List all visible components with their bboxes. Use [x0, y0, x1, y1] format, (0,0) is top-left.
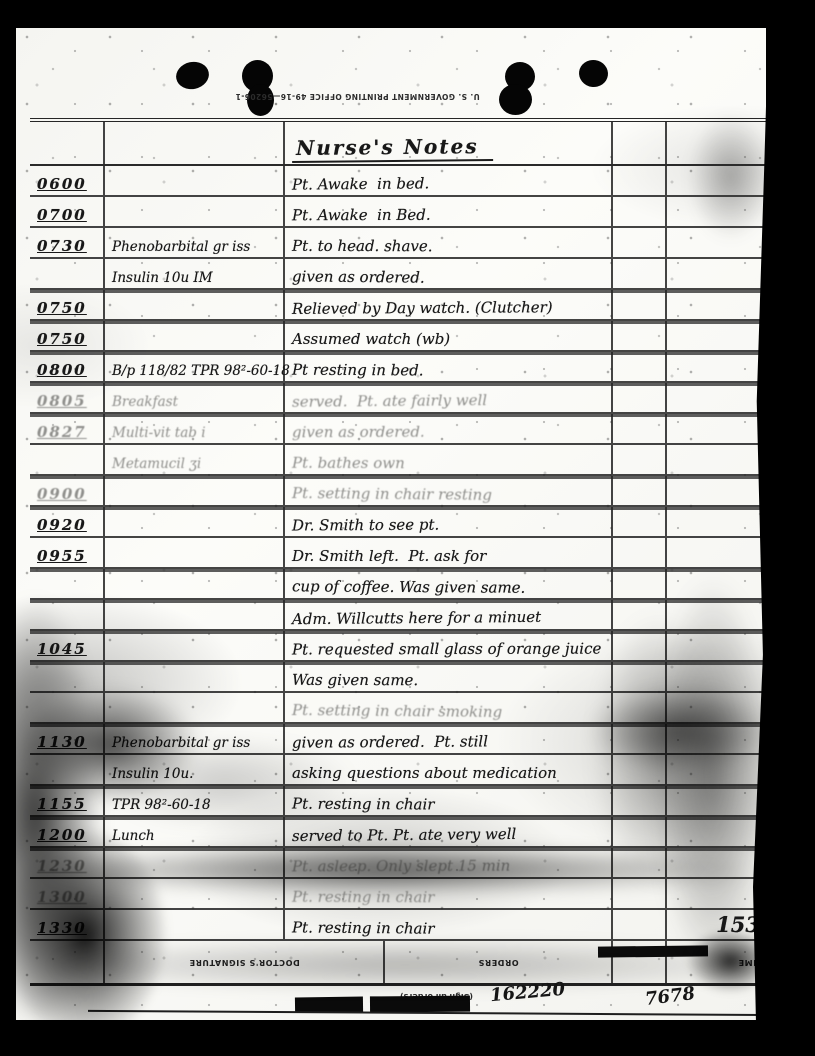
time-cell: 1200	[30, 817, 105, 846]
page-number-annotation: 153	[716, 912, 760, 937]
empty-cell	[613, 879, 667, 908]
table-row: 0920Dr. Smith to see pt.	[30, 507, 770, 538]
table-row: Insulin 10u IMgiven as ordered.	[30, 259, 770, 290]
time-cell	[30, 122, 105, 164]
note-cell: given as ordered.	[285, 259, 613, 288]
table-row: 0800B/p 118/82 TPR 98²-60-18Pt resting i…	[30, 352, 770, 383]
medication-cell: Insulin 10u.	[105, 755, 285, 784]
time-cell: 0805	[30, 383, 105, 412]
empty-cell	[667, 848, 768, 877]
note-cell: Pt. setting in chair resting	[285, 476, 613, 505]
note-cell: Pt. resting in chair	[285, 910, 613, 939]
empty-cell	[613, 724, 667, 753]
time-cell: 0750	[30, 290, 105, 319]
medication-cell	[105, 848, 285, 877]
time-cell: 0827	[30, 414, 105, 443]
medication-cell: Phenobarbital gr iss	[105, 228, 285, 257]
note-cell: Pt. to head. shave.	[285, 228, 613, 257]
empty-cell	[613, 631, 667, 660]
medication-cell	[105, 600, 285, 629]
empty-cell	[667, 693, 768, 722]
empty-cell	[613, 228, 667, 257]
note-cell: Pt. setting in chair smoking	[285, 693, 613, 722]
table-rows: 0600Pt. Awake in bed.0700Pt. Awake in Be…	[30, 166, 770, 941]
medication-cell	[105, 569, 285, 598]
empty-cell	[613, 662, 667, 691]
time-cell: 1155	[30, 786, 105, 815]
medication-cell	[105, 693, 285, 722]
time-cell	[30, 569, 105, 598]
medication-cell: Insulin 10u IM	[105, 259, 285, 288]
medication-cell	[105, 122, 285, 164]
empty-cell	[613, 569, 667, 598]
empty-cell	[667, 755, 768, 784]
empty-cell	[613, 321, 667, 350]
time-cell: 1230	[30, 848, 105, 877]
medication-cell	[105, 538, 285, 567]
empty-cell: 153	[667, 910, 768, 939]
empty-cell	[667, 290, 768, 319]
note-cell: cup of coffee. Was given same.	[285, 569, 613, 598]
time-cell: 0800	[30, 352, 105, 381]
handwritten-page-number: 7678	[644, 983, 696, 1010]
note-cell: Dr. Smith left. Pt. ask for	[285, 538, 613, 567]
empty-cell	[613, 538, 667, 567]
empty-cell	[667, 569, 768, 598]
table-row: 0730Phenobarbital gr issPt. to head. sha…	[30, 228, 770, 259]
empty-cell	[667, 445, 768, 474]
note-cell: Pt resting in bed.	[285, 352, 613, 381]
page-title: Nurse's Notes	[292, 134, 493, 163]
empty-cell	[613, 259, 667, 288]
empty-cell	[613, 122, 667, 164]
note-cell: given as ordered.	[285, 414, 613, 443]
medication-cell	[105, 166, 285, 195]
empty-cell	[613, 786, 667, 815]
note-cell: given as ordered. Pt. still	[285, 724, 613, 753]
medication-cell: Phenobarbital gr iss	[105, 724, 285, 753]
table-row: 1130Phenobarbital gr issgiven as ordered…	[30, 724, 770, 755]
time-cell	[30, 693, 105, 722]
note-cell: Dr. Smith to see pt.	[285, 507, 613, 536]
empty-cell	[667, 197, 768, 226]
empty-cell	[613, 848, 667, 877]
table-row: 0750Assumed watch (wb)	[30, 321, 770, 352]
empty-cell	[667, 538, 768, 567]
table-row: 0900Pt. setting in chair resting	[30, 476, 770, 507]
table-row: 1045Pt. requested small glass of orange …	[30, 631, 770, 662]
empty-cell	[613, 197, 667, 226]
empty-cell	[667, 786, 768, 815]
empty-cell	[667, 383, 768, 412]
time-cell	[30, 662, 105, 691]
redaction-bar	[295, 997, 363, 1013]
time-cell: 1130	[30, 724, 105, 753]
empty-cell	[667, 631, 768, 660]
medication-cell	[105, 476, 285, 505]
bottom-strip: (Sign all orders) 162220 7678	[30, 986, 770, 1016]
medication-cell	[105, 197, 285, 226]
empty-cell	[667, 166, 768, 195]
footer-cell: ORDERS	[385, 941, 613, 983]
footer-cell: DOCTOR'S SIGNATURE	[105, 941, 385, 983]
title-row: Nurse's Notes	[30, 118, 770, 166]
time-cell	[30, 755, 105, 784]
table-row: 1230Pt. asleep. Only slept 15 min	[30, 848, 770, 879]
empty-cell	[667, 817, 768, 846]
medication-cell: Metamucil ʒi	[105, 445, 285, 474]
empty-cell	[667, 507, 768, 536]
note-cell: Pt. Awake in bed.	[285, 166, 613, 195]
empty-cell	[667, 122, 768, 164]
note-cell: Pt. resting in chair	[285, 879, 613, 908]
empty-cell	[613, 352, 667, 381]
doctors-signature-label: DOCTOR'S SIGNATURE	[189, 958, 300, 967]
table-row: Adm. Willcutts here for a minuet	[30, 600, 770, 631]
note-cell: Adm. Willcutts here for a minuet	[285, 600, 613, 629]
medication-cell: B/p 118/82 TPR 98²-60-18	[105, 352, 285, 381]
nurses-notes-table: Nurse's Notes 0600Pt. Awake in bed.0700P…	[30, 118, 770, 986]
empty-cell	[613, 383, 667, 412]
table-row: 0827Multi-vit tab igiven as ordered.	[30, 414, 770, 445]
redaction-bar	[598, 945, 708, 957]
time-cell: 0955	[30, 538, 105, 567]
note-cell: Pt. asleep. Only slept 15 min	[285, 848, 613, 877]
table-row: 0750Relieved by Day watch. (Clutcher)	[30, 290, 770, 321]
empty-cell	[613, 414, 667, 443]
table-row: 0955Dr. Smith left. Pt. ask for	[30, 538, 770, 569]
time-cell	[30, 600, 105, 629]
medication-cell	[105, 631, 285, 660]
empty-cell	[667, 600, 768, 629]
time-cell: 1300	[30, 879, 105, 908]
table-row: 0805Breakfastserved. Pt. ate fairly well	[30, 383, 770, 414]
time-cell: 0750	[30, 321, 105, 350]
empty-cell	[667, 352, 768, 381]
empty-cell	[613, 817, 667, 846]
empty-cell	[667, 228, 768, 257]
printer-imprint: U. S. GOVERNMENT PRINTING OFFICE 49-16—5…	[190, 92, 525, 101]
note-cell: Pt. bathes own	[285, 445, 613, 474]
empty-cell	[613, 755, 667, 784]
form-footer-row: DOCTOR'S SIGNATURE ORDERS TIME	[30, 941, 770, 986]
empty-cell	[667, 476, 768, 505]
time-cell: 0920	[30, 507, 105, 536]
medication-cell: Lunch	[105, 817, 285, 846]
empty-cell	[613, 166, 667, 195]
time-cell: 1330	[30, 910, 105, 939]
note-cell: Pt. resting in chair	[285, 786, 613, 815]
medication-cell	[105, 879, 285, 908]
time-cell: 0700	[30, 197, 105, 226]
empty-cell	[613, 476, 667, 505]
table-row: 1330Pt. resting in chair153	[30, 910, 770, 941]
note-cell: served to Pt. Pt. ate very well	[285, 817, 613, 846]
empty-cell	[613, 290, 667, 319]
time-cell: 0900	[30, 476, 105, 505]
empty-cell	[667, 879, 768, 908]
empty-cell	[667, 724, 768, 753]
medication-cell	[105, 507, 285, 536]
footer-cell	[30, 941, 105, 983]
medication-cell	[105, 910, 285, 939]
medication-cell: Breakfast	[105, 383, 285, 412]
note-cell: Pt. Awake in Bed.	[285, 197, 613, 226]
empty-cell	[613, 600, 667, 629]
note-cell: Pt. requested small glass of orange juic…	[285, 631, 613, 660]
medication-cell: TPR 98²-60-18	[105, 786, 285, 815]
empty-cell	[667, 662, 768, 691]
empty-cell	[613, 910, 667, 939]
medication-cell: Multi-vit tab i	[105, 414, 285, 443]
time-cell: 1045	[30, 631, 105, 660]
table-row: Metamucil ʒiPt. bathes own	[30, 445, 770, 476]
medication-cell	[105, 321, 285, 350]
note-cell: Nurse's Notes	[285, 122, 613, 164]
empty-cell	[613, 507, 667, 536]
table-row: Pt. setting in chair smoking	[30, 693, 770, 724]
table-row: cup of coffee. Was given same.	[30, 569, 770, 600]
table-row: 1200Lunchserved to Pt. Pt. ate very well	[30, 817, 770, 848]
time-cell: 0600	[30, 166, 105, 195]
empty-cell	[613, 693, 667, 722]
time-cell	[30, 445, 105, 474]
redaction-bar	[370, 996, 470, 1013]
note-cell: Was given same.	[285, 662, 613, 691]
empty-cell	[667, 259, 768, 288]
empty-cell	[667, 321, 768, 350]
table-row: 1300Pt. resting in chair	[30, 879, 770, 910]
orders-label: ORDERS	[478, 958, 519, 967]
table-row: 0700Pt. Awake in Bed.	[30, 197, 770, 228]
note-cell: Assumed watch (wb)	[285, 321, 613, 350]
medication-cell	[105, 290, 285, 319]
empty-cell	[667, 414, 768, 443]
table-row: 0600Pt. Awake in bed.	[30, 166, 770, 197]
empty-cell	[613, 445, 667, 474]
medication-cell	[105, 662, 285, 691]
time-cell	[30, 259, 105, 288]
note-cell: Relieved by Day watch. (Clutcher)	[285, 290, 613, 319]
table-row: 1155TPR 98²-60-18Pt. resting in chair	[30, 786, 770, 817]
note-cell: served. Pt. ate fairly well	[285, 383, 613, 412]
table-row: Was given same.	[30, 662, 770, 693]
note-cell: asking questions about medication	[285, 755, 613, 784]
time-cell: 0730	[30, 228, 105, 257]
table-row: Insulin 10u.asking questions about medic…	[30, 755, 770, 786]
